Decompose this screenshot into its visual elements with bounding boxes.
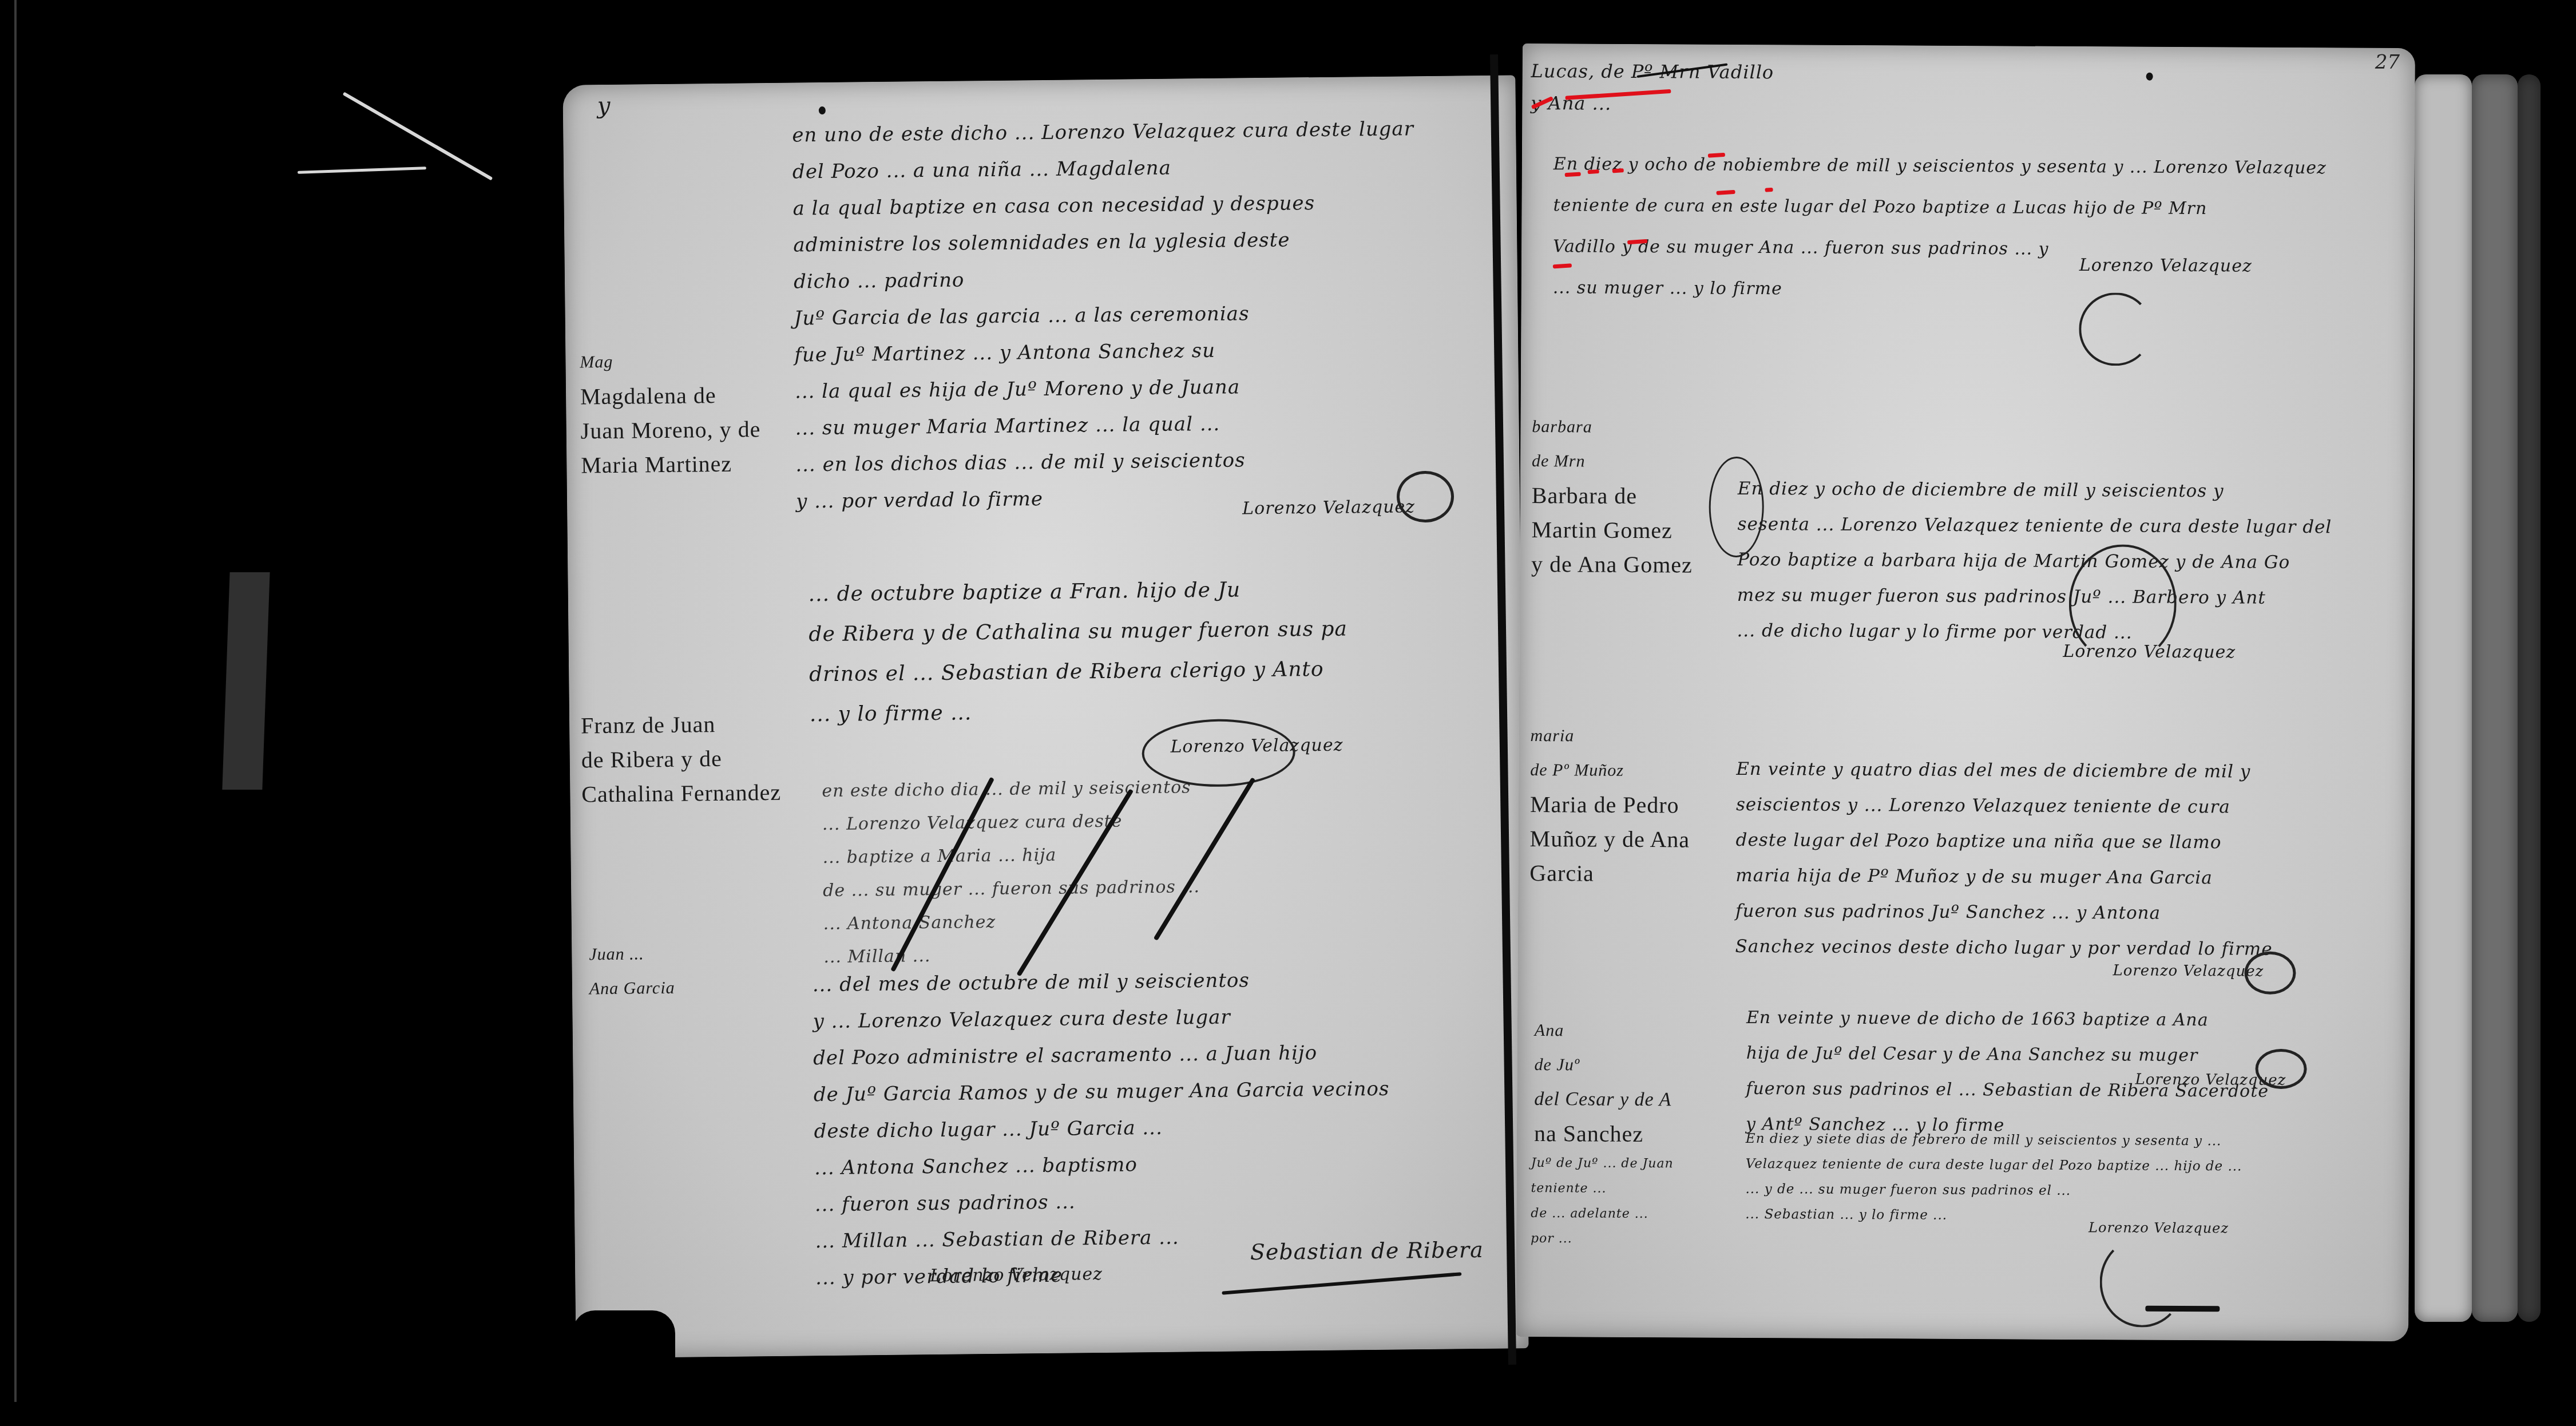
text-line: mez su muger fueron sus padrinos Juº ...… bbox=[1737, 577, 2332, 616]
text-line: En veinte y quatro dias del mes de dicie… bbox=[1736, 751, 2273, 790]
margin-line: de Juº bbox=[1534, 1048, 1671, 1083]
text-line: Pozo baptize a barbara hija de Martin Go… bbox=[1737, 542, 2332, 580]
text-line: ... su muger Maria Martinez ... la qual … bbox=[795, 403, 1417, 446]
text-line: teniente de cura en este lugar del Pozo … bbox=[1553, 185, 2326, 230]
text-line: Velazquez teniente de cura deste lugar d… bbox=[1746, 1151, 2242, 1179]
text-line: En diez y ocho de diciembre de mill y se… bbox=[1738, 471, 2332, 509]
entry-text: en este dicho dia ... de mil y seiscient… bbox=[822, 771, 1200, 974]
text-line: drinos el ... Sebastian de Ribera clerig… bbox=[809, 649, 1348, 695]
signature: Lorenzo Velazquez bbox=[1242, 497, 1415, 518]
text-line: ... de octubre baptize a Fran. hijo de J… bbox=[808, 569, 1347, 615]
text-line: ... Antona Sanchez bbox=[823, 904, 1200, 941]
text-line: deste dicho lugar ... Juº Garcia ... bbox=[814, 1107, 1390, 1150]
text-line: ... y de ... su muger fueron sus padrino… bbox=[1745, 1177, 2242, 1205]
text-line: deste lugar del Pozo baptize una niña qu… bbox=[1735, 822, 2273, 861]
text-line: seiscientos y ... Lorenzo Velazquez teni… bbox=[1736, 787, 2273, 825]
top-mark: y bbox=[597, 88, 611, 124]
margin-line: Garcia bbox=[1529, 856, 1690, 891]
signature-flourish bbox=[2079, 292, 2153, 366]
margin-line: de Pº Muñoz bbox=[1530, 753, 1690, 788]
margin-line: Magdalena de bbox=[580, 378, 760, 414]
page-damage-corner bbox=[572, 1310, 675, 1362]
margin-label: Juan ... Ana Garcia bbox=[589, 937, 675, 1007]
entry-text: En veinte y quatro dias del mes de dicie… bbox=[1735, 751, 2274, 967]
entry-february: Juº de Juº ... de Juan teniente ... de .… bbox=[1523, 43, 2415, 48]
margin-line: Juan Moreno, y de bbox=[580, 412, 760, 448]
text-line: dicho ... padrino bbox=[794, 257, 1416, 300]
margin-line: barbara bbox=[1532, 410, 1693, 445]
page-stack-edge bbox=[2415, 74, 2472, 1322]
margin-line: de Mrn bbox=[1532, 444, 1693, 479]
text-line: ... la qual es hija de Juº Moreno y de J… bbox=[795, 367, 1417, 410]
red-annotation-underline bbox=[1612, 168, 1624, 173]
text-line: en uno de este dicho ... Lorenzo Velazqu… bbox=[792, 110, 1414, 153]
signature-flourish bbox=[2099, 1237, 2185, 1328]
text-line: administre los solemnidades en la yglesi… bbox=[793, 220, 1415, 263]
text-line: del Pozo ... a una niña ... Magdalena bbox=[792, 147, 1414, 190]
text-line: Juº Garcia de las garcia ... a las cerem… bbox=[794, 294, 1416, 336]
text-line: Sanchez vecinos deste dicho lugar y por … bbox=[1735, 929, 2273, 967]
entry-lucas: En diez y ocho de nobiembre de mill y se… bbox=[1523, 43, 2415, 48]
initial-flourish bbox=[1709, 457, 1764, 558]
margin-line: Muñoz y de Ana bbox=[1529, 822, 1690, 857]
entry-francisco: Franz de Juan de Ribera y de Cathalina F… bbox=[562, 75, 1515, 85]
ink-dot bbox=[819, 106, 826, 114]
margin-line: Ana Garcia bbox=[589, 971, 675, 1007]
text-line: ... baptize a Maria ... hija bbox=[822, 837, 1199, 874]
signature-flourish bbox=[2255, 1049, 2306, 1089]
entry-text: En diez y ocho de nobiembre de mill y se… bbox=[1553, 144, 2327, 312]
text-line: sesenta ... Lorenzo Velazquez teniente d… bbox=[1737, 506, 2332, 545]
text-line: ... de dicho lugar y lo firme por verdad… bbox=[1737, 613, 2331, 651]
text-line: En veinte y nueve de dicho de 1663 bapti… bbox=[1746, 1000, 2269, 1039]
red-annotation-underline bbox=[1765, 188, 1773, 192]
margin-line: del Cesar y de A bbox=[1534, 1082, 1671, 1117]
text-line: fue Juº Martinez ... y Antona Sanchez su bbox=[794, 330, 1416, 373]
margin-line: de ... adelante ... bbox=[1531, 1201, 1673, 1227]
margin-line: Cathalina Fernandez bbox=[581, 775, 781, 812]
entry-juan: Juan ... Ana Garcia ... del mes de octub… bbox=[562, 75, 1515, 85]
signature: Sebastian de Ribera bbox=[1250, 1237, 1484, 1265]
signature: Lorenzo Velazquez bbox=[2079, 255, 2252, 276]
entry-magdalena: Mag Magdalena de Juan Moreno, y de Maria… bbox=[562, 75, 1515, 85]
left-page: y Mag Magdalena de Juan Moreno, y de Mar… bbox=[562, 75, 1528, 1358]
signature-flourish bbox=[2068, 544, 2177, 664]
margin-label: Franz de Juan de Ribera y de Cathalina F… bbox=[581, 707, 782, 812]
header-line: Lucas, de Pº Mrn Vadillo bbox=[1531, 55, 1774, 88]
margin-line: Mag bbox=[580, 343, 760, 379]
margin-line: Juan ... bbox=[589, 937, 675, 972]
signature-flourish bbox=[1397, 471, 1455, 523]
text-line: hija de Juº del Cesar y de Ana Sanchez s… bbox=[1746, 1036, 2269, 1074]
text-line: En diez y siete dias de febrero de mill … bbox=[1746, 1126, 2242, 1154]
entry-text: en uno de este dicho ... Lorenzo Velazqu… bbox=[792, 110, 1418, 520]
text-line: En diez y ocho de nobiembre de mill y se… bbox=[1553, 144, 2327, 189]
right-page: 27 Lucas, de Pº Mrn Vadillo y Ana ... En… bbox=[1516, 43, 2415, 1341]
entry-barbara: barbara de Mrn Barbara de Martin Gomez y… bbox=[1523, 43, 2415, 48]
red-annotation-underline bbox=[1588, 169, 1599, 174]
margin-label: Juº de Juº ... de Juan teniente ... de .… bbox=[1531, 1151, 1674, 1252]
entry-text: En diez y siete dias de febrero de mill … bbox=[1745, 1126, 2242, 1230]
text-line: a la qual baptize en casa con necesidad … bbox=[792, 184, 1414, 227]
margin-line: Maria de Pedro bbox=[1530, 787, 1690, 822]
margin-label: maria de Pº Muñoz Maria de Pedro Muñoz y… bbox=[1529, 719, 1690, 891]
page-stack-edge bbox=[2518, 74, 2541, 1322]
entry-text: ... de octubre baptize a Fran. hijo de J… bbox=[808, 569, 1348, 735]
page-stack-edge bbox=[2472, 74, 2518, 1322]
debris-fiber bbox=[298, 167, 426, 174]
signature: Lorenzo Velazquez bbox=[2088, 1219, 2229, 1236]
margin-line: teniente ... bbox=[1531, 1176, 1673, 1202]
text-line: de Ribera y de Cathalina su muger fueron… bbox=[809, 609, 1348, 655]
entry-maria: maria de Pº Muñoz Maria de Pedro Muñoz y… bbox=[1523, 43, 2415, 48]
margin-line: y de Ana Gomez bbox=[1531, 547, 1693, 582]
margin-line: por ... bbox=[1531, 1226, 1673, 1252]
margin-line: Martin Gomez bbox=[1531, 513, 1693, 548]
scanner-edge-line bbox=[14, 0, 17, 1402]
page-number: 27 bbox=[2375, 51, 2400, 74]
margin-line: Maria Martinez bbox=[581, 446, 761, 482]
margin-label: Mag Magdalena de Juan Moreno, y de Maria… bbox=[580, 343, 761, 482]
entry-ana: Ana de Juº del Cesar y de A na Sanchez E… bbox=[1523, 43, 2415, 48]
binding-strip bbox=[222, 572, 270, 790]
header-note: Lucas, de Pº Mrn Vadillo y Ana ... bbox=[1531, 55, 1774, 120]
text-line: en este dicho dia ... de mil y seiscient… bbox=[822, 771, 1199, 808]
margin-label: barbara de Mrn Barbara de Martin Gomez y… bbox=[1531, 410, 1693, 582]
signature-flourish bbox=[2244, 952, 2296, 995]
entry-struck-out: en este dicho dia ... de mil y seiscient… bbox=[562, 75, 1515, 85]
text-line: ... Lorenzo Velazquez cura deste bbox=[822, 804, 1199, 841]
signature: Lorenzo Velazquez bbox=[2113, 962, 2264, 980]
text-line: de Juº Garcia Ramos y de su muger Ana Ga… bbox=[814, 1071, 1390, 1114]
text-line: ... fueron sus padrinos ... bbox=[815, 1181, 1391, 1223]
margin-line: Juº de Juº ... de Juan bbox=[1531, 1151, 1674, 1177]
text-line: maria hija de Pº Muñoz y de su muger Ana… bbox=[1735, 858, 2273, 896]
margin-label: Ana de Juº del Cesar y de A na Sanchez bbox=[1534, 1013, 1672, 1151]
margin-line: Franz de Juan bbox=[581, 707, 780, 743]
text-line: del Pozo administre el sacramento ... a … bbox=[813, 1034, 1389, 1077]
text-line: ... en los dichos dias ... de mil y seis… bbox=[795, 440, 1417, 483]
text-line: ... del mes de octubre de mil y seiscien… bbox=[813, 961, 1389, 1004]
pen-stroke bbox=[2145, 1306, 2220, 1312]
entry-text: En diez y ocho de diciembre de mill y se… bbox=[1737, 471, 2332, 651]
margin-line: Barbara de bbox=[1532, 478, 1693, 513]
margin-line: na Sanchez bbox=[1534, 1116, 1671, 1151]
text-line: ... Antona Sanchez ... baptismo bbox=[814, 1144, 1390, 1187]
margin-line: de Ribera y de bbox=[581, 741, 780, 778]
margin-line: Ana bbox=[1535, 1013, 1672, 1048]
text-line: y ... Lorenzo Velazquez cura deste lugar bbox=[813, 997, 1389, 1040]
text-line: fueron sus padrinos Juº Sanchez ... y An… bbox=[1735, 893, 2273, 932]
text-line: de ... su muger ... fueron sus padrinos … bbox=[823, 870, 1200, 908]
signature: Lorenzo Velazquez bbox=[930, 1264, 1103, 1286]
margin-line: maria bbox=[1530, 719, 1690, 754]
ink-dot bbox=[2146, 73, 2153, 81]
